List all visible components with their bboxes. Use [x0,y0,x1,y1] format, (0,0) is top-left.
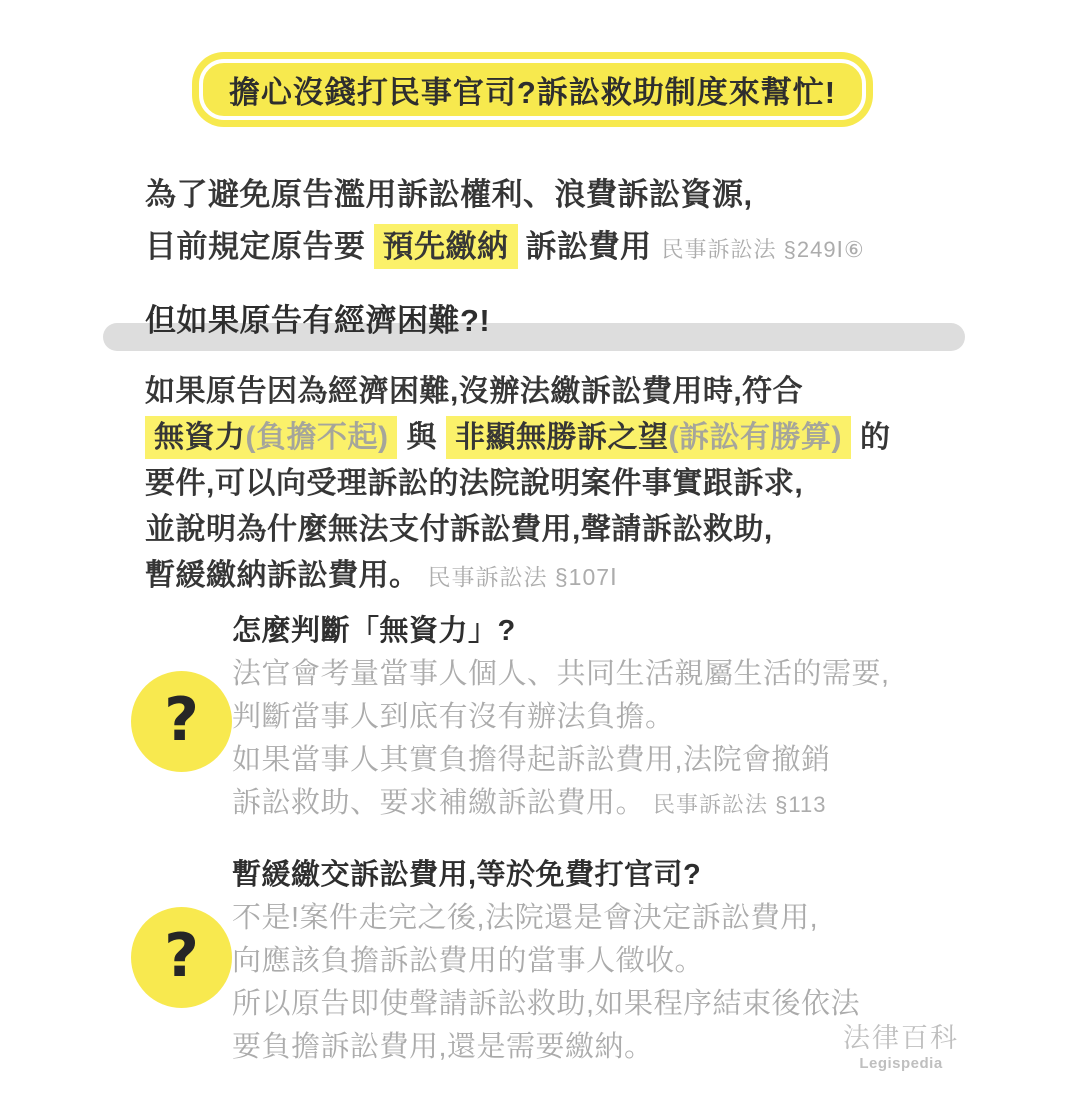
conjunction: 與 [406,421,437,454]
qa-1-answer: 法官會考量當事人個人、共同生活親屬生活的需要, 判斷當事人到底有沒有辦法負擔。 … [232,653,1065,825]
brand-footer: 法律百科 Legispedia [843,1022,959,1074]
highlight-winnable-paren: (訴訟有勝算) [668,421,841,454]
qa-2-answer-line-1: 不是!案件走完之後,法院還是會決定訴訟費用, [232,897,1065,940]
intro-line-2-pre: 目前規定原告要 [145,229,366,264]
highlight-indigence-main: 無資力 [154,421,246,454]
question-mark-icon: ? [131,671,232,772]
question-mark-glyph: ? [164,921,199,991]
qa-1-answer-line-3: 如果當事人其實負擔得起訴訟費用,法院會撤銷 [232,739,1065,782]
question-mark-icon: ? [131,907,232,1008]
highlight-indigence-paren: (負擔不起) [246,421,389,454]
main-line-1: 如果原告因為經濟困難,沒辦法繳訴訟費用時,符合 [145,369,1065,415]
main-line-2: 無資力(負擔不起)與非顯無勝訴之望(訴訟有勝算)的 [145,415,1065,461]
brand-name-zh: 法律百科 [843,1022,959,1054]
qa-2-question: 暫緩繳交訴訟費用,等於免費打官司? [232,857,1065,897]
intro-paragraph: 為了避免原告濫用訴訟權利、浪費訴訟資源, 目前規定原告要預先繳納訴訟費用民事訴訟… [145,169,1065,273]
page-title: 擔心沒錢打民事官司?訴訟救助制度來幫忙! [199,59,866,120]
section-header: 但如果原告有經濟困難?! [145,295,490,340]
qa-2-answer-line-3: 所以原告即使聲請訴訟救助,如果程序結束後依法 [232,983,1065,1026]
qa-1-answer-line-1: 法官會考量當事人個人、共同生活親屬生活的需要, [232,653,1065,696]
main-paragraph: 如果原告因為經濟困難,沒辦法繳訴訟費用時,符合 無資力(負擔不起)與非顯無勝訴之… [145,369,1065,599]
main-line-5-text: 暫緩繳納訴訟費用。 [145,559,420,592]
qa-1-answer-line-4-text: 訴訟救助、要求補繳訴訟費用。 [232,787,645,819]
intro-line-2: 目前規定原告要預先繳納訴訟費用民事訴訟法 §249Ⅰ⑥ [145,221,1065,273]
title-banner-wrap: 擔心沒錢打民事官司?訴訟救助制度來幫忙! [0,0,1065,127]
qa-block-indigence: ? 怎麼判斷「無資力」? 法官會考量當事人個人、共同生活親屬生活的需要, 判斷當… [0,613,1065,825]
highlight-prepay: 預先繳納 [374,224,518,269]
question-mark-glyph: ? [164,685,199,755]
intro-line-2-post: 訴訟費用 [526,229,652,264]
title-banner: 擔心沒錢打民事官司?訴訟救助制度來幫忙! [192,52,873,127]
qa-1-answer-line-2: 判斷當事人到底有沒有辦法負擔。 [232,696,1065,739]
line-2-tail: 的 [860,421,891,454]
main-line-5: 暫緩繳納訴訟費用。民事訴訟法 §107Ⅰ [145,553,1065,599]
highlight-winnable: 非顯無勝訴之望(訴訟有勝算) [446,416,851,459]
highlight-winnable-main: 非顯無勝訴之望 [455,421,669,454]
law-citation-249: 民事訴訟法 §249Ⅰ⑥ [662,237,865,262]
main-line-3: 要件,可以向受理訴訟的法院說明案件事實跟訴求, [145,461,1065,507]
qa-2-answer-line-2: 向應該負擔訴訟費用的當事人徵收。 [232,940,1065,983]
brand-name-en: Legispedia [843,1054,959,1074]
main-line-4: 並說明為什麼無法支付訴訟費用,聲請訴訟救助, [145,507,1065,553]
law-citation-107: 民事訴訟法 §107Ⅰ [428,564,618,590]
qa-1-question: 怎麼判斷「無資力」? [232,613,1065,653]
highlight-indigence: 無資力(負擔不起) [145,416,397,459]
qa-1-answer-line-4: 訴訟救助、要求補繳訴訟費用。民事訴訟法 §113 [232,782,1065,825]
law-citation-113: 民事訴訟法 §113 [653,792,826,817]
section-header-band: 但如果原告有經濟困難?! [0,295,1065,349]
intro-line-1: 為了避免原告濫用訴訟權利、浪費訴訟資源, [145,169,1065,221]
